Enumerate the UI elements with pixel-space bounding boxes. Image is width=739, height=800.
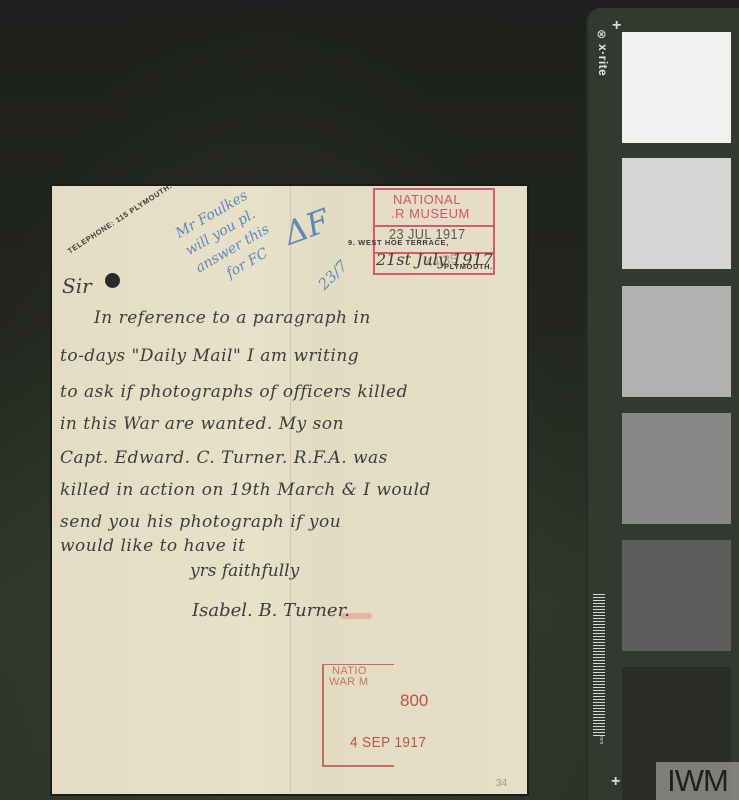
body-line: send you his photograph if you bbox=[60, 512, 341, 532]
crosshair-icon: + bbox=[611, 774, 620, 790]
ruler-unit-label: mm bbox=[598, 736, 604, 744]
stamp-museum-line1: NATIONAL bbox=[393, 192, 461, 207]
annotation-date: 23/7 bbox=[315, 257, 352, 294]
chart-brand: x·rite bbox=[596, 44, 610, 104]
body-line: In reference to a paragraph in bbox=[94, 308, 371, 328]
body-line: in this War are wanted. My son bbox=[60, 414, 344, 434]
page-number: 34 bbox=[496, 778, 507, 789]
body-line: would like to have it bbox=[60, 536, 246, 556]
body-line: to-days "Daily Mail" I am writing bbox=[60, 346, 359, 366]
closing: yrs faithfully bbox=[190, 561, 299, 581]
stamp-number: 800 bbox=[400, 691, 428, 711]
letterhead-telephone: TELEPHONE: 115 PLYMOUTH. bbox=[66, 186, 174, 256]
punch-hole bbox=[105, 273, 120, 288]
gray-patch-3 bbox=[622, 286, 731, 397]
gray-patch-1 bbox=[622, 32, 731, 143]
blue-annotation: Mr Foulkes will you pl. answer this for … bbox=[172, 186, 283, 295]
stamp-ack-date: 4 SEP 1917 bbox=[350, 734, 426, 751]
salutation: Sir bbox=[62, 274, 92, 298]
gray-patch-2 bbox=[622, 158, 731, 269]
annotation-initials: ΔF bbox=[279, 201, 335, 252]
stamp-museum-line2: .R MUSEUM bbox=[391, 206, 470, 221]
stamp-museum-line2: WAR M bbox=[329, 676, 368, 688]
letter-paper: TELEPHONE: 115 PLYMOUTH. NATIONAL .R MUS… bbox=[52, 186, 527, 794]
signature: Isabel. B. Turner. bbox=[192, 600, 350, 621]
body-line: Capt. Edward. C. Turner. R.F.A. was bbox=[60, 448, 388, 468]
acknowledged-stamp: NATIO WAR M bbox=[322, 664, 394, 767]
xrite-logo-icon: ⊗ bbox=[595, 28, 608, 41]
letterhead-street: 9. WEST HOE TERRACE, bbox=[348, 238, 449, 247]
body-line: to ask if photographs of officers killed bbox=[60, 382, 408, 402]
mm-ruler bbox=[593, 594, 605, 736]
iwm-watermark: IWM bbox=[656, 762, 739, 800]
body-line: killed in action on 19th March & I would bbox=[60, 480, 431, 500]
letter-date: 21st July 1917 bbox=[376, 250, 493, 269]
crosshair-icon: + bbox=[612, 18, 621, 34]
gray-patch-5 bbox=[622, 540, 731, 651]
gray-patch-4 bbox=[622, 413, 731, 524]
